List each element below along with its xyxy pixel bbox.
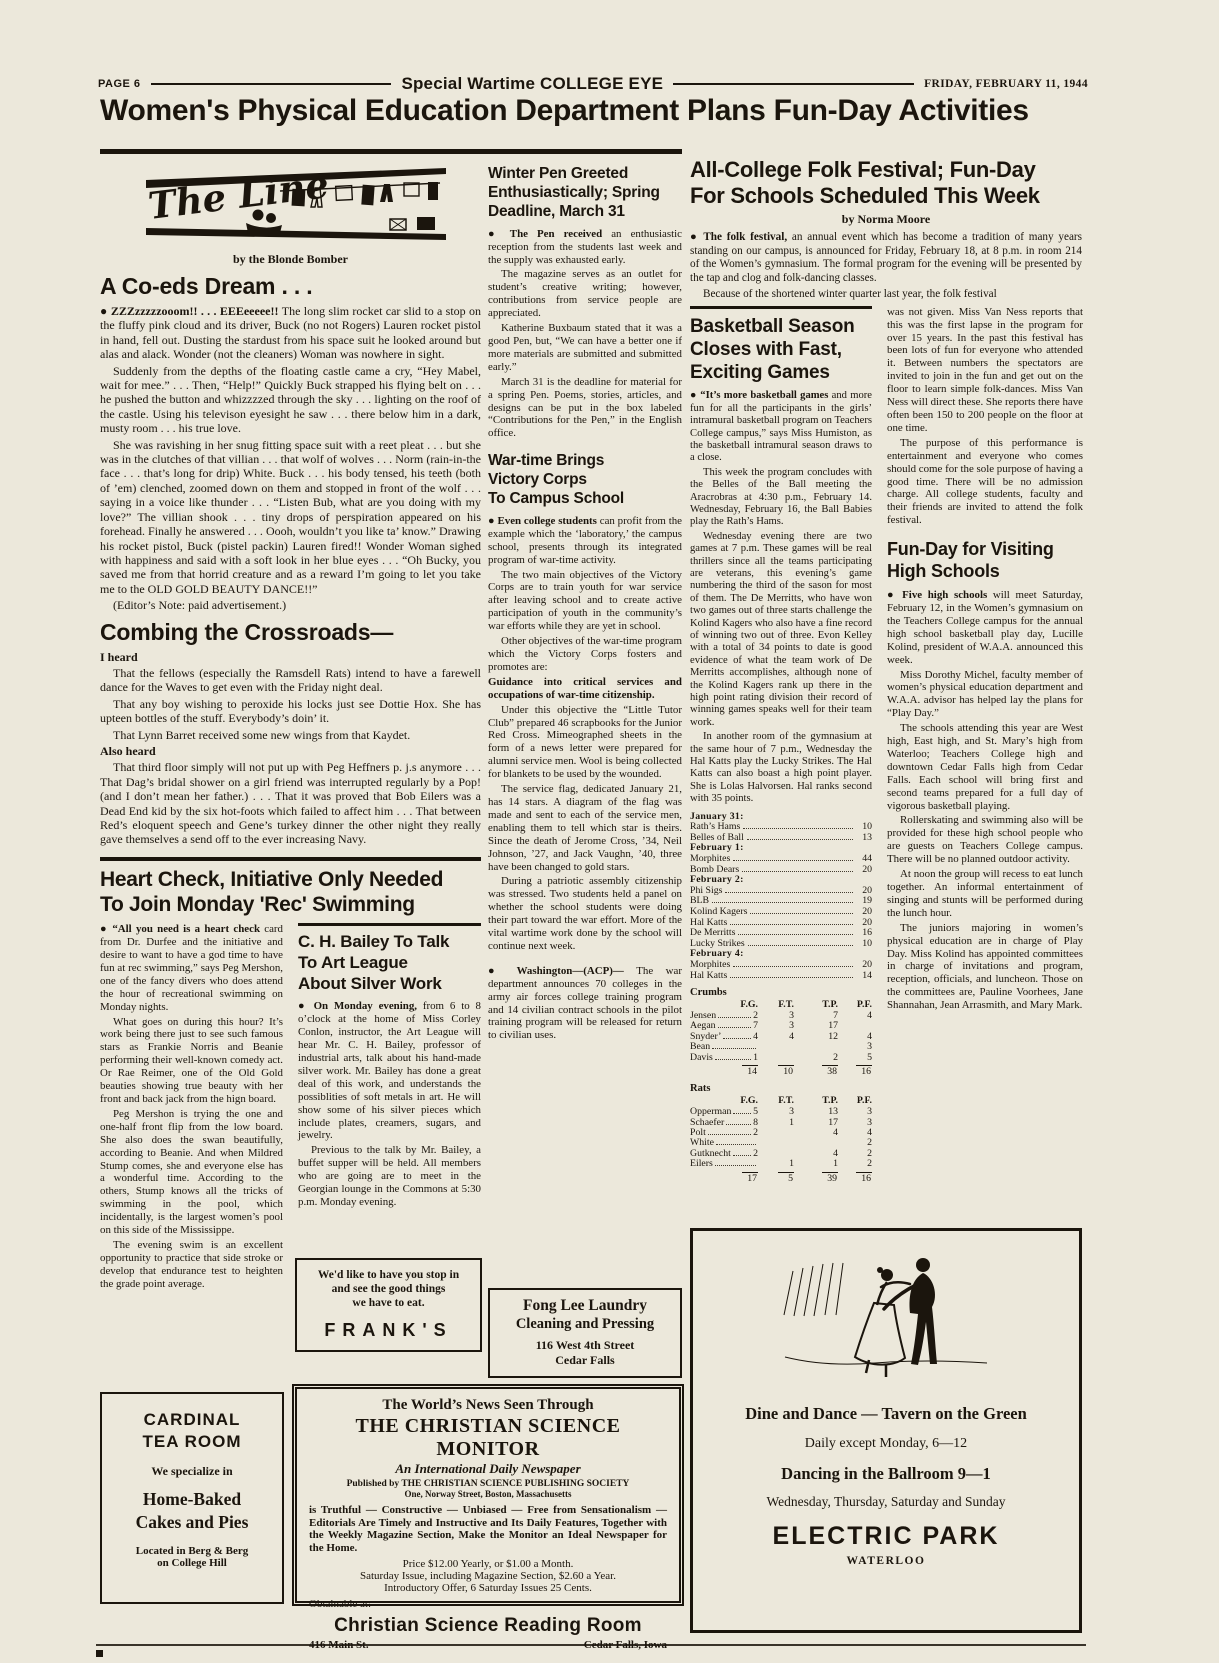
basketball-article: ● “It’s more basketball games and more f… bbox=[690, 390, 872, 805]
stat-cell: 2 bbox=[838, 1159, 872, 1169]
paragraph: Because of the shortened winter quarter … bbox=[690, 288, 1082, 302]
stat-table-row: Bean3 bbox=[690, 1042, 872, 1052]
bailey-rule bbox=[298, 923, 481, 926]
page-number: PAGE 6 bbox=[98, 78, 141, 90]
stat-total-cell: 39 bbox=[794, 1172, 838, 1184]
stat-cell: 4 bbox=[838, 1011, 872, 1021]
stat-table-title: Rats bbox=[690, 1084, 872, 1094]
paragraph: ● ZZZzzzzzooom!! . . . EEEeeeee!! The lo… bbox=[100, 304, 481, 362]
line-byline: by the Blonde Bomber bbox=[100, 252, 481, 267]
paragraph-lead: ● “All you need is a heart check bbox=[100, 923, 264, 935]
pen-headline: Winter Pen Greeted Enthusiastically; Spr… bbox=[488, 165, 682, 222]
stat-total-value: 16 bbox=[856, 1065, 872, 1077]
paragraph: Katherine Buxbaum stated that it was a g… bbox=[488, 322, 682, 374]
dot-leader bbox=[733, 860, 853, 861]
dot-leader bbox=[723, 1038, 751, 1039]
heart-check-columns: ● “All you need is a heart check card fr… bbox=[100, 923, 481, 1292]
stat-table-totals: 1753916 bbox=[690, 1172, 872, 1184]
paragraph: The evening swim is an excellent opportu… bbox=[100, 1239, 283, 1291]
stat-total-cell: 16 bbox=[838, 1065, 872, 1077]
franks-ad-message-line3: we have to eat. bbox=[303, 1296, 474, 1310]
franks-ad: We'd like to have you stop in and see th… bbox=[295, 1258, 482, 1352]
cardinal-title-line1: CARDINAL bbox=[110, 1410, 274, 1430]
stat-total-value: 17 bbox=[742, 1172, 758, 1184]
cardinal-subtext: We specialize in bbox=[110, 1464, 274, 1479]
paragraph: Rollerskating and swimming also will be … bbox=[887, 814, 1083, 866]
stat-cell bbox=[758, 1138, 794, 1148]
stat-total-cell: 38 bbox=[794, 1065, 838, 1077]
monitor-publisher: Published by THE CHRISTIAN SCIENCE PUBLI… bbox=[309, 1479, 667, 1489]
pen-headline-line2: Enthusiastically; Spring bbox=[488, 184, 682, 203]
masthead-title-text: The Line bbox=[146, 167, 331, 228]
monitor-subtitle: An International Daily Newspaper bbox=[309, 1461, 667, 1477]
dot-leader bbox=[725, 892, 853, 893]
paragraph: I heard bbox=[100, 650, 481, 664]
paragraph: That the fellows (especially the Ramsdel… bbox=[100, 666, 481, 695]
stat-total-cell: 5 bbox=[758, 1172, 794, 1184]
stat-cell: 2 bbox=[794, 1053, 838, 1063]
paragraph-lead: ● Even college students bbox=[488, 515, 600, 527]
paragraph-lead: ● Washington—(ACP)— bbox=[488, 965, 636, 977]
fong-lee-title: Fong Lee Laundry bbox=[494, 1297, 676, 1315]
electric-park-line1: Dine and Dance — Tavern on the Green bbox=[707, 1404, 1065, 1424]
paragraph: Other objectives of the war-time program… bbox=[488, 635, 682, 674]
paragraph: ● The folk festival, an annual event whi… bbox=[690, 231, 1082, 286]
bottom-page-mark bbox=[96, 1650, 103, 1657]
stat-total-value: 39 bbox=[822, 1172, 838, 1184]
stat-cell: 5 bbox=[838, 1053, 872, 1063]
dot-leader bbox=[730, 977, 853, 978]
dot-leader bbox=[715, 1165, 756, 1166]
stat-total-value: 10 bbox=[778, 1065, 794, 1077]
stat-cell: 1 bbox=[758, 1159, 794, 1169]
stat-header-cell: F.T. bbox=[758, 1000, 794, 1010]
electric-park-line4: Wednesday, Thursday, Saturday and Sunday bbox=[707, 1494, 1065, 1510]
stat-table-totals: 14103816 bbox=[690, 1065, 872, 1077]
heart-check-headline: Heart Check, Initiative Only Needed To J… bbox=[100, 867, 481, 917]
dot-leader bbox=[742, 871, 853, 872]
franks-ad-message-line1: We'd like to have you stop in bbox=[303, 1268, 474, 1282]
dot-leader bbox=[712, 902, 853, 903]
dot-leader bbox=[733, 966, 853, 967]
issue-date: FRIDAY, FEBRUARY 11, 1944 bbox=[924, 78, 1088, 90]
monitor-street-address: 416 Main St. bbox=[309, 1639, 369, 1651]
bailey-article: ● On Monday evening, from 6 to 8 o’clock… bbox=[298, 1000, 481, 1209]
stat-table-row: Gutknecht242 bbox=[690, 1149, 872, 1159]
swimming-article: ● “All you need is a heart check card fr… bbox=[100, 923, 283, 1290]
paragraph: ● “It’s more basketball games and more f… bbox=[690, 390, 872, 464]
header-rule-right bbox=[673, 83, 914, 85]
crossroads-article: I heardThat the fellows (especially the … bbox=[100, 650, 481, 847]
swimming-subcolumn: ● “All you need is a heart check card fr… bbox=[100, 923, 283, 1292]
franks-ad-name: FRANK'S bbox=[303, 1320, 474, 1341]
stat-total-cell: 16 bbox=[838, 1172, 872, 1184]
paragraph: (Editor’s Note: paid advertisement.) bbox=[100, 598, 481, 612]
basketball-headline-line3: Exciting Games bbox=[690, 361, 872, 384]
dot-leader bbox=[750, 913, 853, 914]
dot-leader bbox=[712, 1048, 756, 1049]
dot-leader bbox=[748, 945, 853, 946]
electric-park-line2: Daily except Monday, 6—12 bbox=[707, 1436, 1065, 1452]
pen-headline-line1: Winter Pen Greeted bbox=[488, 165, 682, 184]
bailey-subcolumn: C. H. Bailey To Talk To Art League About… bbox=[298, 923, 481, 1292]
bailey-headline: C. H. Bailey To Talk To Art League About… bbox=[298, 932, 481, 994]
paragraph: During a patriotic assembly citizenship … bbox=[488, 875, 682, 952]
basketball-rule bbox=[690, 306, 872, 309]
electric-park-name: ELECTRIC PARK bbox=[707, 1522, 1065, 1551]
paragraph: That third floor simply will not put up … bbox=[100, 760, 481, 846]
basketball-headline-line2: Closes with Fast, bbox=[690, 338, 872, 361]
middle-column: Winter Pen Greeted Enthusiastically; Spr… bbox=[488, 165, 682, 1044]
team-score: 20 bbox=[856, 865, 872, 876]
monitor-publisher-address: One, Norway Street, Boston, Massachusett… bbox=[309, 1489, 667, 1499]
paragraph: The magazine serves as an outlet for stu… bbox=[488, 268, 682, 320]
crumbs-stat-table: CrumbsF.G.F.T.T.P.P.F.Jensen2374Aegan731… bbox=[690, 988, 872, 1077]
stat-cell: 4 bbox=[758, 1032, 794, 1042]
paragraph: The service flag, dedicated January 21, … bbox=[488, 783, 682, 873]
funday-headline-line1: Fun-Day for Visiting bbox=[887, 539, 1083, 561]
paragraph: Previous to the talk by Mr. Bailey, a bu… bbox=[298, 1144, 481, 1209]
newspaper-page: PAGE 6 Special Wartime COLLEGE EYE FRIDA… bbox=[0, 0, 1219, 1663]
team-score: 20 bbox=[856, 960, 872, 971]
paragraph-lead: ● The Pen received bbox=[488, 228, 611, 240]
pen-article: ● The Pen received an enthusiastic recep… bbox=[488, 228, 682, 441]
team-score: 10 bbox=[856, 939, 872, 950]
basketball-subcolumn: Basketball Season Closes with Fast, Exci… bbox=[690, 306, 872, 1184]
dot-leader bbox=[733, 1113, 751, 1114]
paragraph: ● Washington—(ACP)— The war department a… bbox=[488, 965, 682, 1042]
victory-corps-article: ● Even college students can profit from … bbox=[488, 515, 682, 953]
folk-byline: by Norma Moore bbox=[690, 212, 1082, 227]
dot-leader bbox=[715, 1059, 751, 1060]
monitor-tagline: The World’s News Seen Through bbox=[309, 1397, 667, 1414]
stat-total-cell: 17 bbox=[690, 1172, 758, 1184]
team-score: 14 bbox=[856, 971, 872, 982]
paragraph: Guidance into critical services and occu… bbox=[488, 676, 682, 702]
dot-leader bbox=[738, 934, 853, 935]
stat-total-value: 16 bbox=[856, 1172, 872, 1184]
dot-leader bbox=[743, 828, 853, 829]
paragraph: The two main objectives of the Victory C… bbox=[488, 569, 682, 634]
game-scores-list: January 31:Rath’s Hams10Belles of Ball13… bbox=[690, 812, 872, 982]
cardinal-tea-room-ad: CARDINAL TEA ROOM We specialize in Home-… bbox=[100, 1392, 284, 1604]
score-row: Morphites20 bbox=[690, 960, 872, 971]
rats-stat-table: RatsF.G.F.T.T.P.P.F.Opperman53133Schaefe… bbox=[690, 1084, 872, 1184]
stat-cell: 12 bbox=[794, 1032, 838, 1042]
folk-intro-article: ● The folk festival, an annual event whi… bbox=[690, 231, 1082, 302]
dot-leader bbox=[726, 1124, 751, 1125]
cardinal-feature-line1: Home-Baked bbox=[110, 1489, 274, 1510]
monitor-body-text: is Truthful — Constructive — Unbiased — … bbox=[309, 1504, 667, 1554]
victory-headline-line2: Victory Corps bbox=[488, 471, 682, 490]
stat-header-cell: P.F. bbox=[838, 1000, 872, 1010]
funday-article: ● Five high schools will meet Saturday, … bbox=[887, 589, 1083, 1012]
stat-header-cell: P.F. bbox=[838, 1096, 872, 1106]
heart-check-headline-line2: To Join Monday 'Rec' Swimming bbox=[100, 892, 481, 917]
paragraph: ● “All you need is a heart check card fr… bbox=[100, 923, 283, 1013]
dot-leader bbox=[718, 1017, 751, 1018]
the-line-masthead-illustration: The Line bbox=[140, 167, 452, 245]
paragraph: Suddenly from the depths of the floating… bbox=[100, 364, 481, 436]
paragraph-lead: ● Five high schools bbox=[887, 589, 993, 601]
stat-total-cell: 10 bbox=[758, 1065, 794, 1077]
paragraph: The juniors majoring in women’s physical… bbox=[887, 922, 1083, 1012]
player-name: Eilers bbox=[690, 1159, 713, 1169]
header-rule-left bbox=[151, 83, 392, 85]
basketball-headline: Basketball Season Closes with Fast, Exci… bbox=[690, 315, 872, 385]
monitor-price-line1: Price $12.00 Yearly, or $1.00 a Month. bbox=[309, 1558, 667, 1570]
electric-park-line3: Dancing in the Ballroom 9—1 bbox=[707, 1464, 1065, 1484]
folk-headline-line2: For Schools Scheduled This Week bbox=[690, 183, 1082, 209]
stat-cell: 17 bbox=[794, 1118, 838, 1128]
paragraph: In another room of the gymnasium at the … bbox=[690, 731, 872, 805]
monitor-reading-room: Christian Science Reading Room bbox=[309, 1615, 667, 1637]
electric-park-ad: Dine and Dance — Tavern on the Green Dai… bbox=[690, 1228, 1082, 1633]
stat-header-cell: T.P. bbox=[794, 1096, 838, 1106]
electric-park-city: WATERLOO bbox=[707, 1555, 1065, 1567]
stat-player-cell: Eilers bbox=[690, 1159, 758, 1169]
paragraph-lead: ● “It’s more basketball games bbox=[690, 390, 832, 401]
folk-headline-line1: All-College Folk Festival; Fun-Day bbox=[690, 157, 1082, 183]
stat-cell bbox=[758, 1128, 794, 1138]
paragraph-lead: ● The folk festival, bbox=[690, 231, 792, 243]
headline-rule bbox=[100, 149, 682, 154]
paragraph: ● Even college students can profit from … bbox=[488, 515, 682, 567]
paragraph: Also heard bbox=[100, 744, 481, 758]
stat-cell: 4 bbox=[794, 1128, 838, 1138]
paragraph: That Lynn Barret received some new wings… bbox=[100, 728, 481, 742]
victory-headline-line1: War-time Brings bbox=[488, 452, 682, 471]
stat-header-cell: T.P. bbox=[794, 1000, 838, 1010]
paragraph: Peg Mershon is trying the one and one-ha… bbox=[100, 1108, 283, 1237]
cardinal-location-line2: on College Hill bbox=[110, 1557, 274, 1569]
dot-leader bbox=[716, 1144, 756, 1145]
stat-total-value: 5 bbox=[778, 1172, 794, 1184]
stat-cell bbox=[758, 1042, 794, 1052]
paragraph: Under this objective the “Little Tutor C… bbox=[488, 704, 682, 781]
stat-cell bbox=[794, 1042, 838, 1052]
crossroads-heading: Combing the Crossroads— bbox=[100, 619, 481, 646]
stat-total-value: 14 bbox=[742, 1065, 758, 1077]
stat-cell: 1 bbox=[758, 1118, 794, 1128]
monitor-price-line3: Introductory Offer, 6 Saturday Issues 25… bbox=[309, 1582, 667, 1594]
dot-leader bbox=[708, 1134, 751, 1135]
fong-lee-city: Cedar Falls bbox=[494, 1353, 676, 1368]
cardinal-feature-line2: Cakes and Pies bbox=[110, 1512, 274, 1533]
monitor-price-line2: Saturday Issue, including Magazine Secti… bbox=[309, 1570, 667, 1582]
dot-leader bbox=[718, 1027, 752, 1028]
cardinal-title-line2: TEA ROOM bbox=[110, 1432, 274, 1452]
stat-cell bbox=[794, 1138, 838, 1148]
score-row: Phi Sigs20 bbox=[690, 886, 872, 897]
coeds-dream-article: ● ZZZzzzzzooom!! . . . EEEeeeee!! The lo… bbox=[100, 304, 481, 613]
folk-festival-headline: All-College Folk Festival; Fun-Day For S… bbox=[690, 157, 1082, 210]
washington-brief: ● Washington—(ACP)— The war department a… bbox=[488, 965, 682, 1042]
paragraph: That any boy wishing to peroxide his loc… bbox=[100, 697, 481, 726]
paragraph: March 31 is the deadline for material fo… bbox=[488, 376, 682, 441]
newspaper-title: Special Wartime COLLEGE EYE bbox=[401, 74, 663, 94]
player-name: Davis bbox=[690, 1053, 713, 1063]
victory-headline-line3: To Campus School bbox=[488, 490, 682, 509]
team-name: Hal Katts bbox=[690, 971, 727, 982]
stat-header-cell: F.T. bbox=[758, 1096, 794, 1106]
funday-headline: Fun-Day for Visiting High Schools bbox=[887, 539, 1083, 583]
paragraph: ● Five high schools will meet Saturday, … bbox=[887, 589, 1083, 666]
heart-check-headline-line1: Heart Check, Initiative Only Needed bbox=[100, 867, 481, 892]
bailey-headline-line2: To Art League bbox=[298, 953, 481, 974]
folk-festival-section: All-College Folk Festival; Fun-Day For S… bbox=[690, 157, 1082, 1184]
team-score: 13 bbox=[856, 833, 872, 844]
left-column: The Line by the Blonde Bomber A Co-eds D… bbox=[100, 163, 481, 1293]
stat-table-row: Eilers112 bbox=[690, 1159, 872, 1169]
paragraph: ● On Monday evening, from 6 to 8 o’clock… bbox=[298, 1000, 481, 1142]
paragraph: Miss Dorothy Michel, faculty member of w… bbox=[887, 669, 1083, 721]
fong-lee-address: 116 West 4th Street bbox=[494, 1338, 676, 1353]
funday-subcolumn: was not given. Miss Van Ness reports tha… bbox=[887, 306, 1083, 1184]
paragraph-lead: ● On Monday evening, bbox=[298, 1000, 423, 1012]
score-row: Hal Katts14 bbox=[690, 971, 872, 982]
paragraph-lead: ● ZZZzzzzzooom!! . . . EEEeeeee!! bbox=[100, 304, 282, 318]
dot-leader bbox=[730, 924, 853, 925]
monitor-obtainable-label: Obtainable at: bbox=[309, 1598, 667, 1610]
cardinal-location-line1: Located in Berg & Berg bbox=[110, 1545, 274, 1557]
victory-corps-headline: War-time Brings Victory Corps To Campus … bbox=[488, 452, 682, 509]
paragraph: Wednesday evening there are two games at… bbox=[690, 531, 872, 730]
paragraph: She was ravishing in her snug fitting sp… bbox=[100, 438, 481, 596]
stat-cell: 1 bbox=[794, 1159, 838, 1169]
page-header: PAGE 6 Special Wartime COLLEGE EYE FRIDA… bbox=[98, 74, 1088, 94]
pen-headline-line3: Deadline, March 31 bbox=[488, 203, 682, 222]
basketball-headline-line1: Basketball Season bbox=[690, 315, 872, 338]
stat-player-cell: Davis1 bbox=[690, 1053, 758, 1063]
paragraph: This week the program concludes with the… bbox=[690, 467, 872, 529]
stat-table-row: Davis125 bbox=[690, 1053, 872, 1063]
the-line-masthead: The Line bbox=[140, 167, 481, 250]
paragraph: What goes on during this hour? It’s work… bbox=[100, 1016, 283, 1106]
stat-cell bbox=[758, 1053, 794, 1063]
dot-leader bbox=[733, 1155, 751, 1156]
stat-table-row: Polt244 bbox=[690, 1128, 872, 1138]
bailey-headline-line3: About Silver Work bbox=[298, 974, 481, 995]
bailey-headline-line1: C. H. Bailey To Talk bbox=[298, 932, 481, 953]
coeds-dream-heading: A Co-eds Dream . . . bbox=[100, 273, 481, 300]
team-name: Morphites bbox=[690, 960, 730, 971]
monitor-title: THE CHRISTIAN SCIENCE MONITOR bbox=[309, 1415, 667, 1461]
monitor-city-address: Cedar Falls, Iowa bbox=[584, 1639, 667, 1651]
main-headline: Women's Physical Education Department Pl… bbox=[100, 94, 1085, 128]
paragraph: The purpose of this performance is enter… bbox=[887, 437, 1083, 527]
paragraph: ● The Pen received an enthusiastic recep… bbox=[488, 228, 682, 267]
stat-header-cell: F.G. bbox=[690, 1000, 758, 1010]
franks-ad-message-line2: and see the good things bbox=[303, 1282, 474, 1296]
paragraph: The schools attending this year are West… bbox=[887, 722, 1083, 812]
paragraph: was not given. Miss Van Ness reports tha… bbox=[887, 306, 1083, 435]
stat-table-title: Crumbs bbox=[690, 988, 872, 998]
stat-table-row: Jensen2374 bbox=[690, 1011, 872, 1021]
stat-header-cell: F.G. bbox=[690, 1096, 758, 1106]
stat-table-header: F.G.F.T.T.P.P.F. bbox=[690, 1096, 872, 1106]
stat-table-header: F.G.F.T.T.P.P.F. bbox=[690, 1000, 872, 1010]
dancing-couple-illustration bbox=[771, 1237, 1001, 1387]
right-subcolumns: Basketball Season Closes with Fast, Exci… bbox=[690, 306, 1082, 1184]
fong-lee-subtitle: Cleaning and Pressing bbox=[494, 1316, 676, 1333]
stat-table-row: Snyder’44124 bbox=[690, 1032, 872, 1042]
funday-headline-line2: High Schools bbox=[887, 561, 1083, 583]
heart-check-rule bbox=[100, 857, 481, 861]
stat-cell: 4 bbox=[794, 1149, 838, 1159]
folk-continuation-article: was not given. Miss Van Ness reports tha… bbox=[887, 306, 1083, 527]
christian-science-monitor-ad: The World’s News Seen Through THE CHRIST… bbox=[292, 1384, 684, 1606]
dot-leader bbox=[747, 839, 853, 840]
stat-total-cell: 14 bbox=[690, 1065, 758, 1077]
paragraph: At noon the group will recess to eat lun… bbox=[887, 868, 1083, 920]
fong-lee-ad: Fong Lee Laundry Cleaning and Pressing 1… bbox=[488, 1288, 682, 1378]
stat-table-row: Schaefer81173 bbox=[690, 1118, 872, 1128]
stat-total-value: 38 bbox=[822, 1065, 838, 1077]
